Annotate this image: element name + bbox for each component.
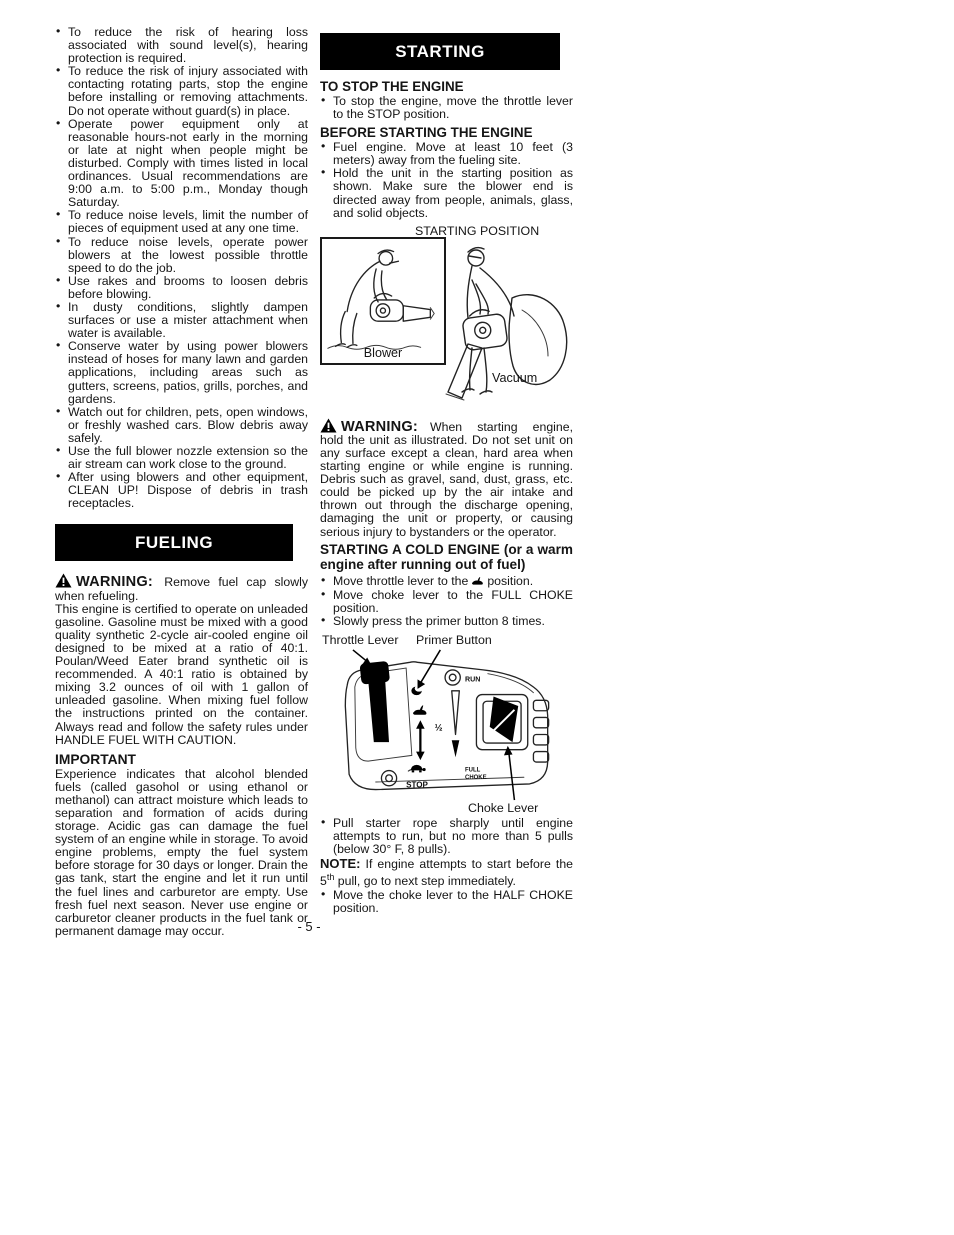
list-item: •Slowly press the primer button 8 times. bbox=[320, 615, 573, 628]
bullet-text: Use rakes and brooms to loosen debris be… bbox=[68, 274, 308, 301]
bullet-text: In dusty conditions, slightly dampen sur… bbox=[68, 300, 308, 340]
fueling-section-header: FUELING bbox=[55, 524, 293, 561]
bullet-text: Operate power equipment only at reasonab… bbox=[68, 117, 308, 210]
list-item: •Conserve water by using power blowers i… bbox=[55, 340, 308, 405]
warning-text: When starting engine, hold the unit as i… bbox=[320, 420, 573, 539]
bullet-text: Hold the unit in the starting position a… bbox=[333, 166, 573, 219]
rabbit-icon bbox=[413, 705, 426, 714]
section-title: STARTING bbox=[395, 42, 485, 61]
bullet-marker: • bbox=[56, 405, 60, 418]
bullet-text: Move the choke lever to the HALF CHOKE p… bbox=[333, 888, 573, 915]
list-item: •Hold the unit in the starting position … bbox=[320, 167, 573, 219]
important-body: Experience indicates that alcohol blende… bbox=[55, 768, 308, 938]
list-item: •Move throttle lever to theposition. bbox=[320, 575, 573, 589]
note-text: pull, go to next step immediately. bbox=[334, 875, 516, 889]
bullet-text: To reduce the risk of injury associated … bbox=[68, 64, 308, 117]
list-item: •Move choke lever to the FULL CHOKE posi… bbox=[320, 589, 573, 615]
starting-section-header: STARTING bbox=[320, 33, 560, 70]
control-panel-diagram: RUN STOP ½ bbox=[320, 649, 573, 801]
list-item: •In dusty conditions, slightly dampen su… bbox=[55, 301, 308, 340]
bullet-marker: • bbox=[56, 25, 60, 38]
bullet-text: To reduce the risk of hearing loss assoc… bbox=[68, 25, 308, 65]
bullet-text: To reduce noise levels, limit the number… bbox=[68, 208, 308, 235]
choke-lever-label: Choke Lever bbox=[468, 802, 573, 815]
list-item: •To reduce the risk of hearing loss asso… bbox=[55, 26, 308, 65]
bullet-marker: • bbox=[321, 94, 325, 107]
cold-engine-heading: STARTING A COLD ENGINE (or a warm engine… bbox=[320, 542, 573, 573]
list-item: •After using blowers and other equipment… bbox=[55, 471, 308, 510]
left-column: •To reduce the risk of hearing loss asso… bbox=[55, 26, 308, 938]
throttle-lever-label: Throttle Lever bbox=[322, 634, 398, 647]
bullet-text: Conserve water by using power blowers in… bbox=[68, 339, 308, 405]
run-marking: RUN bbox=[465, 675, 480, 683]
bullet-text: Move choke lever to the FULL CHOKE posit… bbox=[333, 588, 573, 615]
bullet-marker: • bbox=[321, 888, 325, 901]
page-number: - 5 - bbox=[278, 919, 340, 934]
stop-marking: STOP bbox=[406, 781, 428, 790]
bullet-text: Pull starter rope sharply until engine a… bbox=[333, 816, 573, 856]
vacuum-label: Vacuum bbox=[492, 372, 537, 385]
full-choke-marking: CHOKE bbox=[465, 775, 487, 781]
list-item: •To reduce the risk of injury associated… bbox=[55, 65, 308, 117]
bullet-marker: • bbox=[56, 117, 60, 130]
bullet-marker: • bbox=[321, 816, 325, 829]
bullet-text: position. bbox=[487, 574, 533, 588]
bullet-marker: • bbox=[321, 588, 325, 601]
bullet-marker: • bbox=[56, 208, 60, 221]
turtle-icon bbox=[408, 765, 425, 773]
manual-page: •To reduce the risk of hearing loss asso… bbox=[0, 0, 954, 1235]
blower-person-drawing bbox=[322, 239, 440, 357]
panel-callout-labels: Throttle Lever Primer Button bbox=[320, 634, 573, 649]
list-item: •To reduce noise levels, limit the numbe… bbox=[55, 209, 308, 235]
fueling-warning: WARNING: Remove fuel cap slowly when ref… bbox=[55, 573, 308, 602]
to-stop-heading: TO STOP THE ENGINE bbox=[320, 79, 573, 94]
bullet-marker: • bbox=[56, 300, 60, 313]
list-item: •Fuel engine. Move at least 10 feet (3 m… bbox=[320, 141, 573, 167]
primer-button-label: Primer Button bbox=[416, 634, 492, 647]
list-item: •To stop the engine, move the throttle l… bbox=[320, 95, 573, 121]
section-title: FUELING bbox=[135, 533, 213, 552]
bullet-marker: • bbox=[321, 166, 325, 179]
note-paragraph: NOTE: If engine attempts to start before… bbox=[320, 857, 573, 888]
bullet-text: To stop the engine, move the throttle le… bbox=[333, 94, 573, 121]
bullet-marker: • bbox=[321, 140, 325, 153]
list-item: •Use the full blower nozzle extension so… bbox=[55, 445, 308, 471]
list-item: •Operate power equipment only at reasona… bbox=[55, 118, 308, 210]
bullet-marker: • bbox=[321, 574, 325, 587]
list-item: •To reduce noise levels, operate power b… bbox=[55, 236, 308, 275]
bullet-text: Use the full blower nozzle extension so … bbox=[68, 444, 308, 471]
fueling-body: This engine is certified to operate on u… bbox=[55, 603, 308, 747]
warning-triangle-icon bbox=[55, 573, 72, 588]
note-label: NOTE: bbox=[320, 856, 360, 871]
bullet-marker: • bbox=[56, 444, 60, 457]
before-starting-list: •Fuel engine. Move at least 10 feet (3 m… bbox=[320, 141, 573, 220]
bullet-text: Watch out for children, pets, open windo… bbox=[68, 405, 308, 445]
bullet-text: After using blowers and other equipment,… bbox=[68, 470, 308, 510]
list-item: •Use rakes and brooms to loosen debris b… bbox=[55, 275, 308, 301]
bullet-text: Move throttle lever to the bbox=[333, 574, 468, 588]
list-item: •Move the choke lever to the HALF CHOKE … bbox=[320, 889, 573, 915]
starting-position-figure: STARTING POSITION bbox=[320, 224, 573, 412]
warning-triangle-icon bbox=[320, 418, 337, 433]
safety-bullet-list: •To reduce the risk of hearing loss asso… bbox=[55, 26, 308, 510]
list-item: •Watch out for children, pets, open wind… bbox=[55, 406, 308, 445]
starting-warning: WARNING:When starting engine, hold the u… bbox=[320, 418, 573, 539]
bullet-marker: • bbox=[321, 614, 325, 627]
cold-engine-list: •Move throttle lever to theposition. •Mo… bbox=[320, 575, 573, 628]
bullet-text: To reduce noise levels, operate power bl… bbox=[68, 235, 308, 275]
half-choke-list: •Move the choke lever to the HALF CHOKE … bbox=[320, 889, 573, 915]
bullet-text: Slowly press the primer button 8 times. bbox=[333, 614, 545, 628]
bullet-marker: • bbox=[56, 64, 60, 77]
half-choke-marking: ½ bbox=[435, 723, 443, 734]
bullet-marker: • bbox=[56, 274, 60, 287]
bullet-marker: • bbox=[56, 235, 60, 248]
control-panel-drawing: RUN STOP ½ bbox=[320, 649, 573, 801]
right-column: STARTING TO STOP THE ENGINE •To stop the… bbox=[320, 33, 573, 915]
list-item: •Pull starter rope sharply until engine … bbox=[320, 817, 573, 856]
bullet-text: Fuel engine. Move at least 10 feet (3 me… bbox=[333, 140, 573, 167]
pull-starter-list: •Pull starter rope sharply until engine … bbox=[320, 817, 573, 856]
bullet-marker: • bbox=[56, 470, 60, 483]
to-stop-list: •To stop the engine, move the throttle l… bbox=[320, 95, 573, 121]
before-starting-heading: BEFORE STARTING THE ENGINE bbox=[320, 125, 573, 140]
important-heading: IMPORTANT bbox=[55, 752, 308, 767]
bullet-marker: • bbox=[56, 339, 60, 352]
full-choke-marking: FULL bbox=[465, 768, 481, 774]
